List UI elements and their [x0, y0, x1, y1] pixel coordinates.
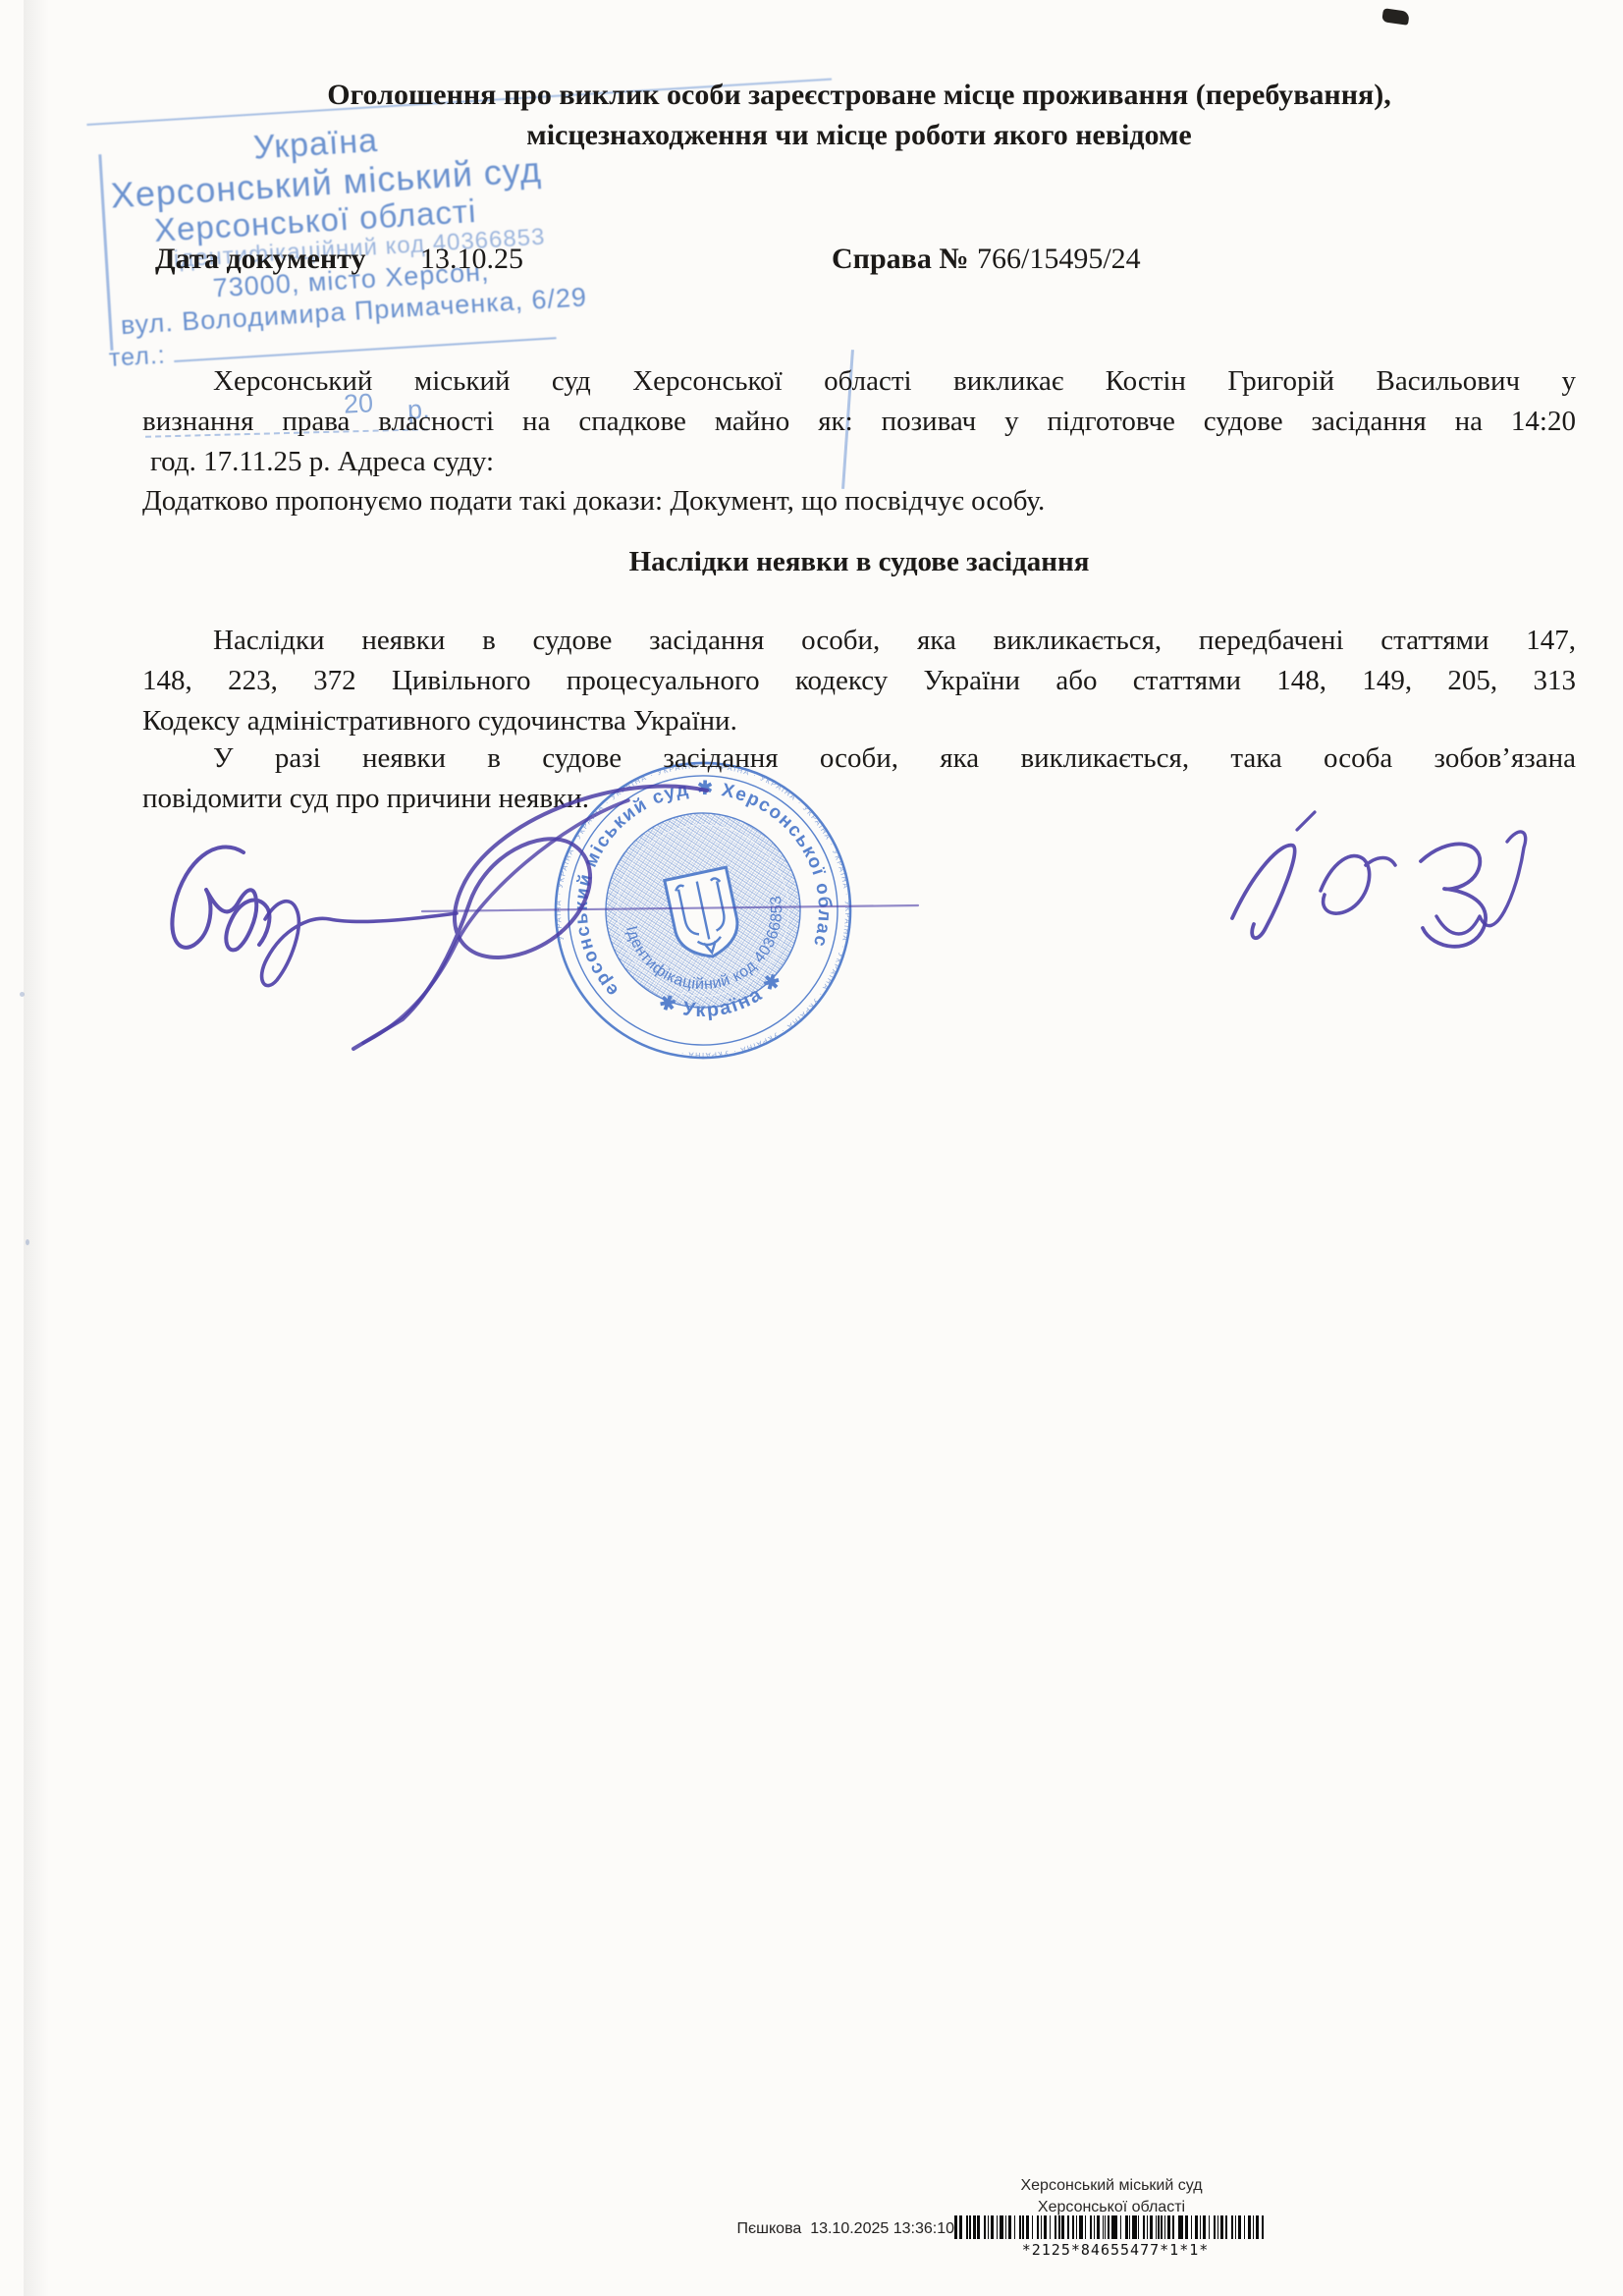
barcode-text: *2125*84655477*1*1*	[966, 2241, 1265, 2259]
footer-court-name-line1: Херсонський міський суд	[915, 2177, 1308, 2195]
date-label: Дата документу	[155, 243, 365, 276]
corner-ink-mark	[1381, 8, 1410, 26]
footer-operator: Пєшкова	[737, 2220, 802, 2237]
case-number-label: Справа №	[832, 243, 968, 276]
signature-left	[118, 825, 471, 992]
footer-operator-line: Пєшкова 13.10.2025 13:36:10	[687, 2220, 954, 2238]
document-title: Оголошення про виклик особи зареєстрован…	[142, 75, 1576, 155]
consequences-line: Наслідки неявки в судове засідання особи…	[142, 621, 1576, 661]
barcode	[966, 2215, 1265, 2239]
footer-court-name-line2: Херсонської області	[915, 2199, 1308, 2216]
summons-line: визнання права власності на спадкове май…	[142, 402, 1576, 442]
summons-paragraph: Херсонський міський суд Херсонської обла…	[142, 361, 1576, 482]
document-title-line1: Оголошення про виклик особи зареєстрован…	[142, 75, 1576, 115]
summons-line: год. 17.11.25 р. Адреса суду:	[142, 442, 1576, 482]
date-value: 13.10.25	[420, 243, 523, 276]
scan-speck	[20, 992, 25, 997]
meta-line: Дата документу 13.10.25 Справа № 766/154…	[0, 243, 1623, 284]
scan-speck	[26, 1239, 29, 1245]
document-title-line2: місцезнаходження чи місце роботи якого н…	[142, 115, 1576, 155]
consequences-line: Кодексу адміністративного судочинства Ук…	[142, 701, 1576, 741]
footer-timestamp: 13.10.2025 13:36:10	[810, 2220, 954, 2237]
document-page: Оголошення про виклик особи зареєстрован…	[0, 0, 1623, 2296]
section-heading: Наслідки неявки в судове засідання	[142, 546, 1576, 578]
summons-line: Херсонський міський суд Херсонської обла…	[142, 361, 1576, 402]
consequences-paragraph: Наслідки неявки в судове засідання особи…	[142, 621, 1576, 741]
case-number-value: 766/15495/24	[977, 243, 1141, 276]
evidence-paragraph: Додатково пропонуємо подати такі докази:…	[142, 481, 1576, 521]
signature-right	[1203, 800, 1542, 957]
scan-edge-artifact	[24, 0, 49, 2296]
consequences-line: 148, 223, 372 Цивільного процесуального …	[142, 661, 1576, 701]
